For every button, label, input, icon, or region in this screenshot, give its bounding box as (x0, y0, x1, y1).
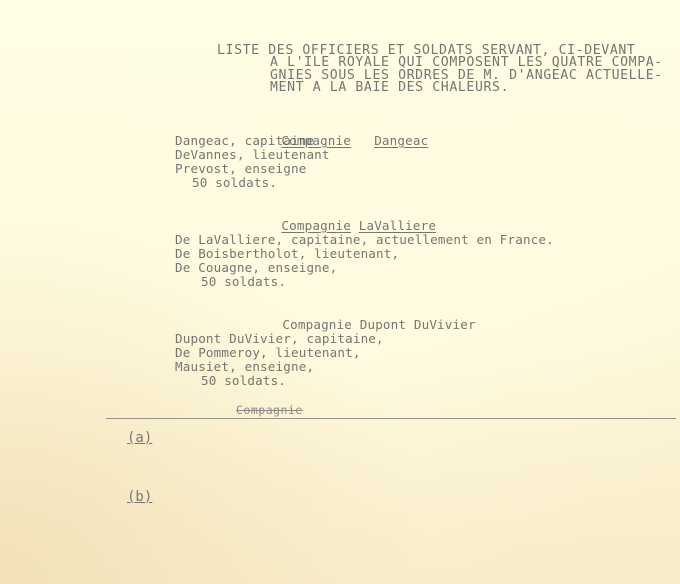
member-line: Prevost, enseigne (175, 162, 306, 176)
document-page: LISTE DES OFFICIERS ET SOLDATS SERVANT, … (0, 0, 680, 584)
footnote-a: (a) (127, 430, 152, 446)
company-label: Compagnie (282, 317, 352, 332)
member-line: De Couagne, enseigne, (175, 261, 337, 275)
member-line: De Boisbertholot, lieutenant, (175, 247, 399, 261)
struck-heading: Compagnie (236, 403, 303, 417)
company-name: LaValliere (359, 218, 436, 233)
footnote-marker: (b) (127, 489, 152, 505)
soldiers-count: 50 soldats. (201, 275, 286, 289)
footnote-divider (106, 418, 676, 419)
member-line: DeVannes, lieutenant (175, 148, 330, 162)
footnote-marker: (a) (127, 430, 152, 446)
title-line: A L'ILE ROYALE QUI COMPOSENT LES QUATRE … (270, 57, 663, 68)
soldiers-count: 50 soldats. (201, 374, 286, 388)
member-line: Dangeac, capitaine (175, 134, 314, 148)
company-label: Compagnie (281, 218, 351, 233)
member-line: De Pommeroy, lieutenant, (175, 346, 361, 360)
company-name: Dupont DuVivier (360, 317, 476, 332)
member-line: Mausiet, enseigne, (175, 360, 314, 374)
company-name: Dangeac (374, 133, 428, 148)
footnote-b: (b) (127, 489, 152, 505)
soldiers-count: 50 soldats. (192, 176, 277, 190)
title-line: MENT A LA BAIE DES CHALEURS. (270, 82, 509, 93)
member-line: Dupont DuVivier, capitaine, (175, 332, 384, 346)
member-line: De LaValliere, capitaine, actuellement e… (175, 233, 554, 247)
